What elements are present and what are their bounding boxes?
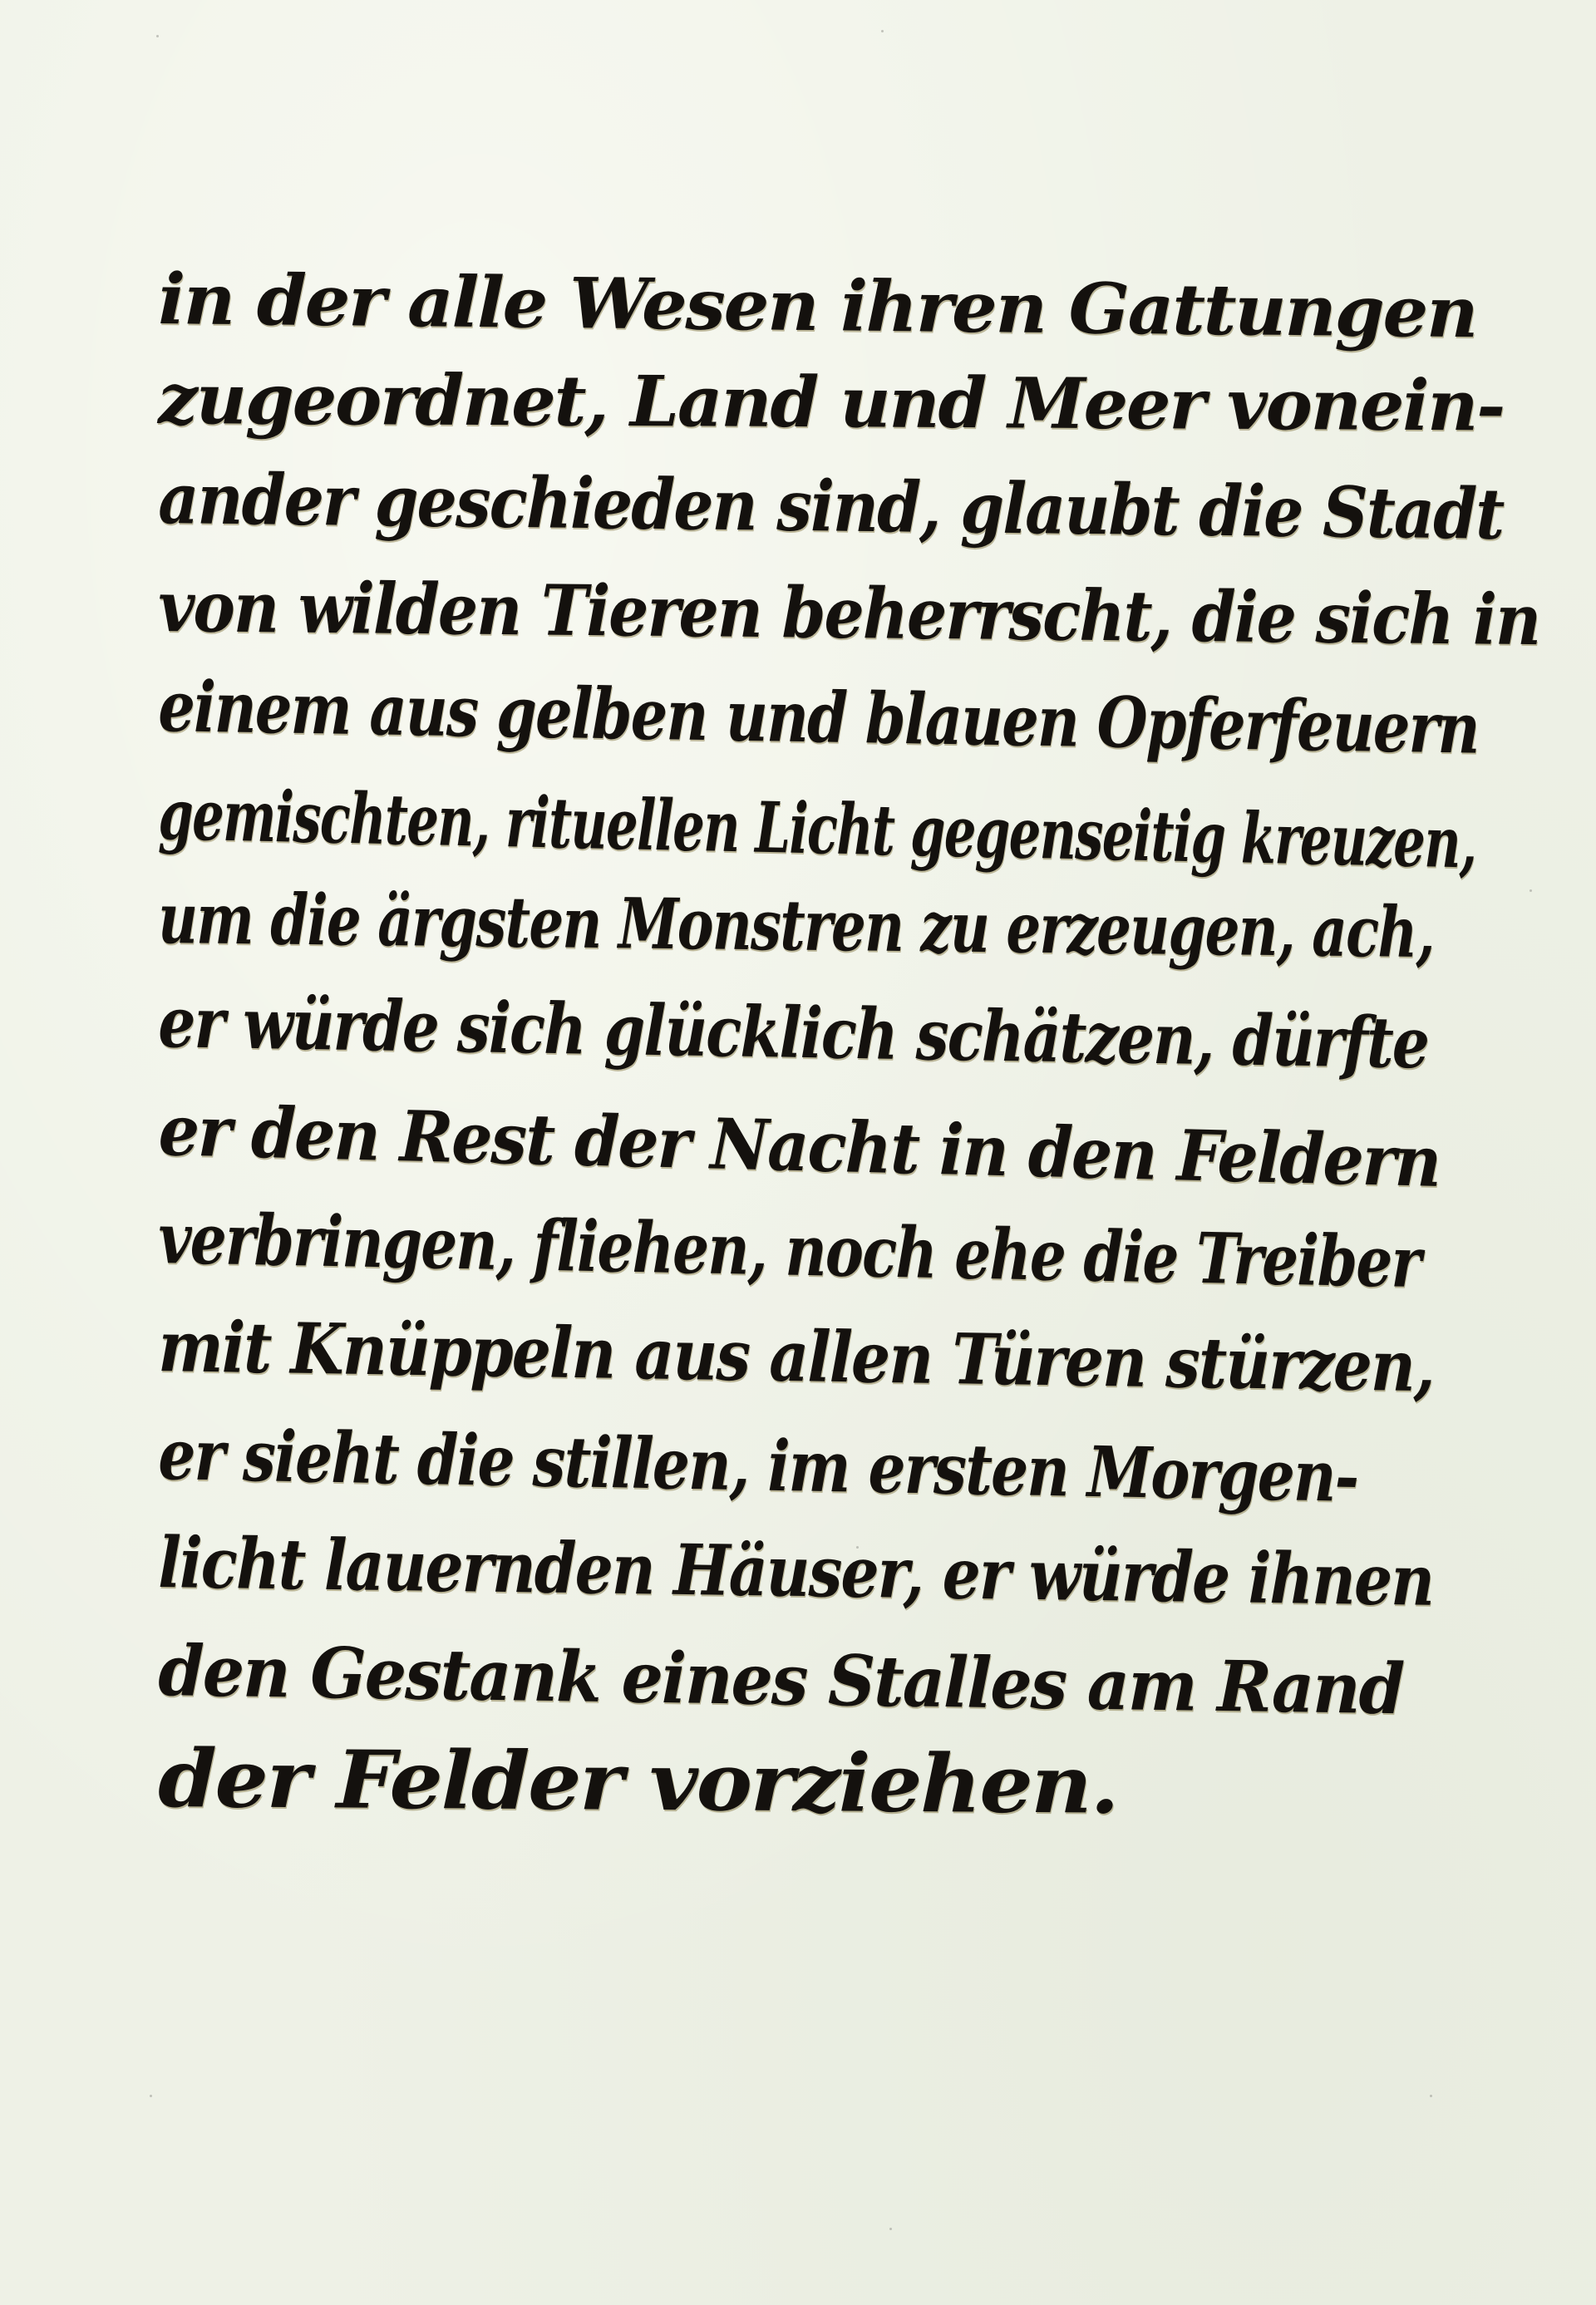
paper-speck	[889, 2228, 892, 2230]
paper-speck	[156, 35, 159, 37]
paper-speck	[1529, 889, 1532, 892]
paper-speck	[1430, 2095, 1432, 2097]
paper-speck	[150, 2095, 152, 2097]
paper-speck	[881, 30, 884, 32]
manuscript-line: der Felder vorziehen.	[157, 1729, 1118, 1902]
